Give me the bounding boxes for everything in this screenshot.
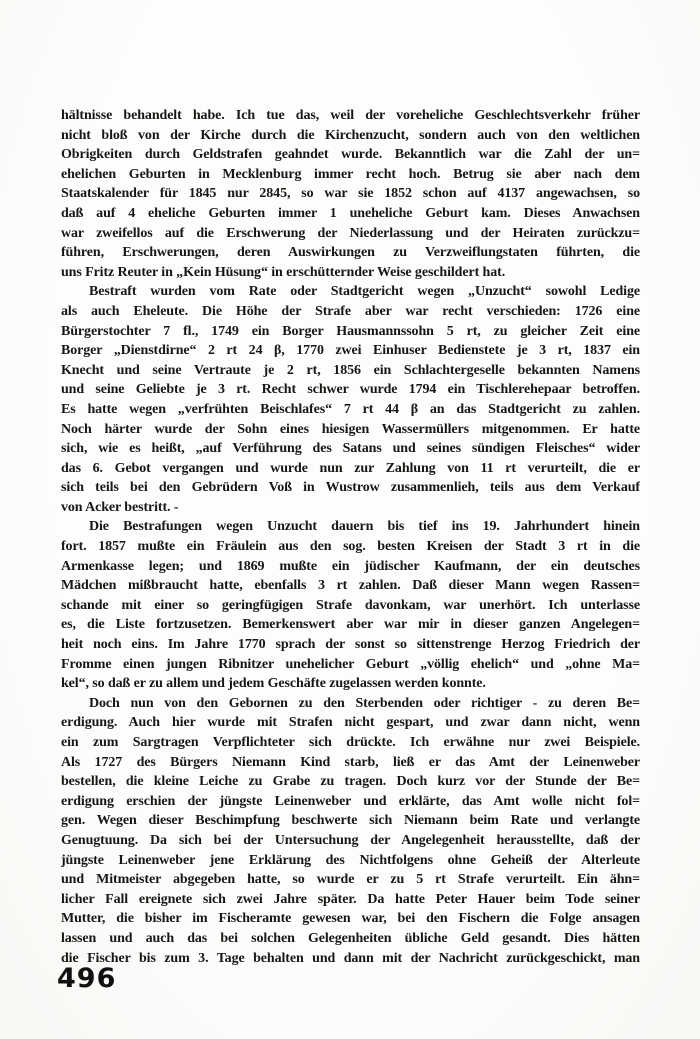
paragraph: Bestraft wurden vom Rate oder Stadtgeric… — [61, 282, 640, 517]
text-line: lassen und auch das bei solchen Gelegenh… — [61, 929, 640, 949]
text-line: kel“, so daß er zu allem und jedem Gesch… — [61, 674, 640, 694]
text-line: Bestraft wurden vom Rate oder Stadtgeric… — [61, 282, 640, 302]
text-line: Knecht und seine Vertraute je 2 rt, 1856… — [61, 361, 640, 381]
text-line: schande mit einer so geringfügigen Straf… — [61, 596, 640, 616]
text-line: daß auf 4 eheliche Geburten immer 1 uneh… — [61, 204, 640, 224]
text-line: sich teils bei den Gebrüdern Voß in Wust… — [61, 478, 640, 498]
text-line: als auch Eheleute. Die Höhe der Strafe a… — [61, 302, 640, 322]
text-block: hältnisse behandelt habe. Ich tue das, w… — [61, 106, 640, 968]
text-line: erdigung erschien der jüngste Leinenwebe… — [61, 792, 640, 812]
text-line: es, die Liste fortzusetzen. Bemerkenswer… — [61, 615, 640, 635]
text-line: Doch nun von den Gebornen zu den Sterben… — [61, 694, 640, 714]
text-line: Noch härter wurde der Sohn eines hiesige… — [61, 420, 640, 440]
text-line: heit noch eins. Im Jahre 1770 sprach der… — [61, 635, 640, 655]
text-line: das 6. Gebot vergangen und wurde nun zur… — [61, 459, 640, 479]
text-line: und seine Geliebte je 3 rt. Recht schwer… — [61, 380, 640, 400]
text-line: jüngste Leinenweber jene Erklärung des N… — [61, 851, 640, 871]
text-line: sich, wie es heißt, „auf Verführung des … — [61, 439, 640, 459]
page-number: 496 — [57, 963, 116, 994]
scan-page: hältnisse behandelt habe. Ich tue das, w… — [0, 0, 700, 1039]
text-line: Mädchen mißbraucht hatte, ebenfalls 3 rt… — [61, 576, 640, 596]
text-line: Als 1727 des Bürgers Niemann Kind starb,… — [61, 753, 640, 773]
text-line: licher Fall ereignete sich zwei Jahre sp… — [61, 890, 640, 910]
text-line: Staatskalender für 1845 nur 2845, so war… — [61, 184, 640, 204]
paragraph: hältnisse behandelt habe. Ich tue das, w… — [61, 106, 640, 282]
text-line: gen. Wegen dieser Beschimpfung beschwert… — [61, 811, 640, 831]
text-line: erdigung. Auch hier wurde mit Strafen ni… — [61, 713, 640, 733]
text-line: Mutter, die bisher im Fischeramte gewese… — [61, 909, 640, 929]
text-line: Armenkasse legen; und 1869 mußte ein jüd… — [61, 557, 640, 577]
paragraph: Doch nun von den Gebornen zu den Sterben… — [61, 694, 640, 968]
text-line: Es hatte wegen „verfrühten Beischlafes“ … — [61, 400, 640, 420]
text-line: Die Bestrafungen wegen Unzucht dauern bi… — [61, 517, 640, 537]
text-line: ein zum Sargtragen Verpflichteter sich d… — [61, 733, 640, 753]
text-line: Fromme einen jungen Ribnitzer uneheliche… — [61, 655, 640, 675]
text-line: die Fischer bis zum 3. Tage behalten und… — [61, 949, 640, 969]
text-line: Genugtuung. Da sich bei der Untersuchung… — [61, 831, 640, 851]
text-line: war zweifellos auf die Erschwerung der N… — [61, 224, 640, 244]
text-line: führen, Erschwerungen, deren Auswirkunge… — [61, 243, 640, 263]
text-line: Obrigkeiten durch Geldstrafen geahndet w… — [61, 145, 640, 165]
text-line: bestellen, die kleine Leiche zu Grabe zu… — [61, 772, 640, 792]
text-line: Bürgerstochter 7 fl., 1749 ein Borger Ha… — [61, 322, 640, 342]
text-line: Borger „Dienstdirne“ 2 rt 24 β, 1770 zwe… — [61, 341, 640, 361]
text-line: ehelichen Geburten in Mecklenburg immer … — [61, 165, 640, 185]
text-line: nicht bloß von der Kirche durch die Kirc… — [61, 126, 640, 146]
text-line: fort. 1857 mußte ein Fräulein aus den so… — [61, 537, 640, 557]
paragraph: Die Bestrafungen wegen Unzucht dauern bi… — [61, 517, 640, 693]
text-line: und Mitmeister abgegeben hatte, so wurde… — [61, 870, 640, 890]
text-line: von Acker bestritt. - — [61, 498, 640, 518]
text-line: hältnisse behandelt habe. Ich tue das, w… — [61, 106, 640, 126]
text-line: uns Fritz Reuter in „Kein Hüsung“ in ers… — [61, 263, 640, 283]
